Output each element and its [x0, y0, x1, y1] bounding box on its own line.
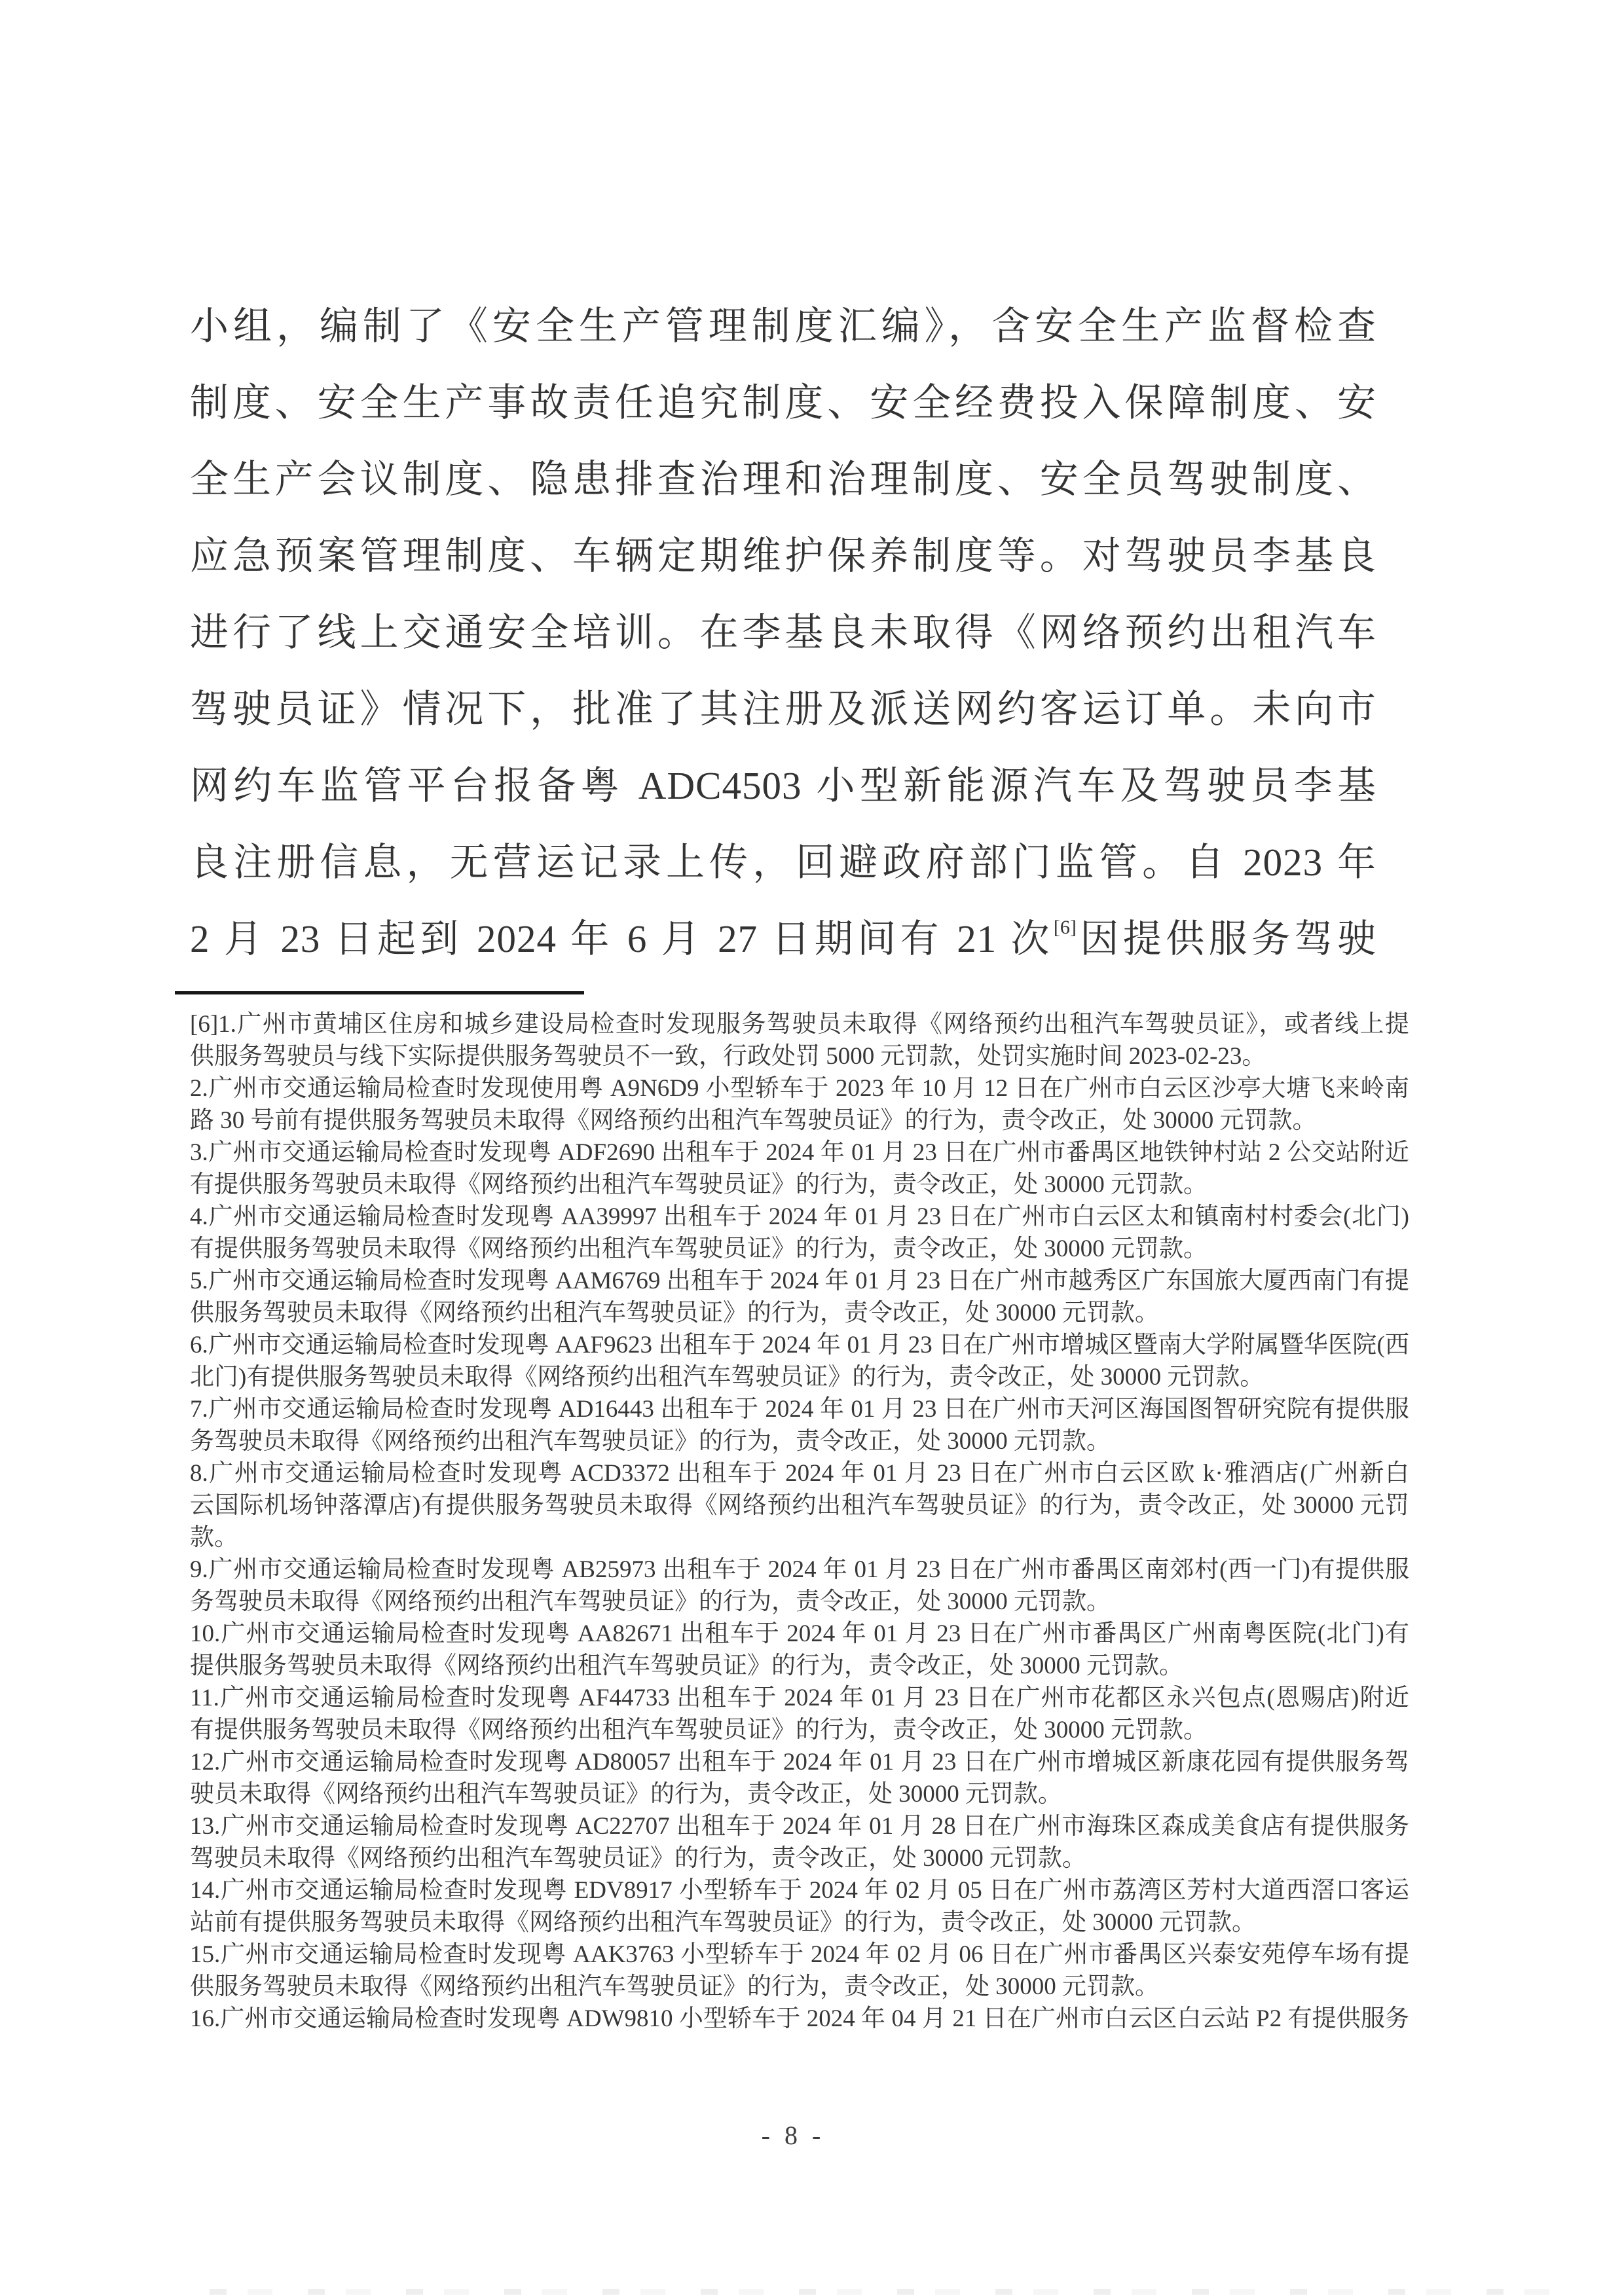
footnote-text-line: 11.广州市交通运输局检查时发现粤 AF44733 出租车于 2024 年 01…: [190, 1682, 1409, 1714]
body-line-pre: 全生产会议制度、隐患排查治理和治理制度、安全员驾驶制度、: [190, 458, 1376, 501]
footnote-text-line: 驾驶员未取得《网络预约出租汽车驾驶员证》的行为，责令改正，处 30000 元罚款…: [190, 1842, 1409, 1874]
footnote-text-line: 13.广州市交通运输局检查时发现粤 AC22707 出租车于 2024 年 01…: [190, 1810, 1409, 1842]
body-text-line: 良注册信息，无营运记录上传，回避政府部门监管。自 2023 年: [190, 824, 1376, 901]
footnote-text-line: 15.广州市交通运输局检查时发现粤 AAK3763 小型轿车于 2024 年 0…: [190, 1939, 1409, 1971]
footnote-text-line: 北门)有提供服务驾驶员未取得《网络预约出租汽车驾驶员证》的行为，责令改正，处 3…: [190, 1361, 1409, 1393]
body-line-pre: 小组，编制了《安全生产管理制度汇编》，含安全生产监督检查: [190, 304, 1376, 348]
footnote-text-line: 6.广州市交通运输局检查时发现粤 AAF9623 出租车于 2024 年 01 …: [190, 1329, 1409, 1361]
body-text-line: 进行了线上交通安全培训。在李基良未取得《网络预约出租汽车: [190, 594, 1376, 671]
body-line-post: 因提供服务驾驶: [1077, 917, 1376, 960]
footnote-text-line: 路 30 号前有提供服务驾驶员未取得《网络预约出租汽车驾驶员证》的行为，责令改正…: [190, 1104, 1409, 1137]
footnote-text-line: 9.广州市交通运输局检查时发现粤 AB25973 出租车于 2024 年 01 …: [190, 1554, 1409, 1586]
body-text-line: 制度、安全生产事故责任追究制度、安全经费投入保障制度、安: [190, 365, 1376, 441]
body-text-line: 2 月 23 日起到 2024 年 6 月 27 日期间有 21 次[6]因提供…: [190, 901, 1376, 977]
document-page: 小组，编制了《安全生产管理制度汇编》，含安全生产监督检查 制度、安全生产事故责任…: [0, 0, 1624, 2296]
footnote-text-line: 14.广州市交通运输局检查时发现粤 EDV8917 小型轿车于 2024 年 0…: [190, 1874, 1409, 1906]
body-line-pre: 2 月 23 日起到 2024 年 6 月 27 日期间有 21 次: [190, 917, 1054, 960]
body-line-pre: 制度、安全生产事故责任追究制度、安全经费投入保障制度、安: [190, 381, 1376, 424]
body-text-line: 应急预案管理制度、车辆定期维护保养制度等。对驾驶员李基良: [190, 518, 1376, 594]
body-line-pre: 网约车监管平台报备粤 ADC4503 小型新能源汽车及驾驶员李基: [190, 764, 1376, 807]
footnotes-section: [6]1.广州市黄埔区住房和城乡建设局检查时发现服务驾驶员未取得《网络预约出租汽…: [190, 1008, 1409, 2035]
body-line-pre: 良注册信息，无营运记录上传，回避政府部门监管。自 2023 年: [190, 841, 1376, 884]
footnote-text-line: 款。: [190, 1522, 1409, 1554]
footnote-text-line: 务驾驶员未取得《网络预约出租汽车驾驶员证》的行为，责令改正，处 30000 元罚…: [190, 1425, 1409, 1457]
footnote-text-line: 供服务驾驶员与线下实际提供服务驾驶员不一致，行政处罚 5000 元罚款，处罚实施…: [190, 1040, 1409, 1072]
body-paragraph: 小组，编制了《安全生产管理制度汇编》，含安全生产监督检查 制度、安全生产事故责任…: [190, 288, 1376, 977]
scan-artifact-strip: [210, 2289, 1585, 2295]
footnote-text-line: 供服务驾驶员未取得《网络预约出租汽车驾驶员证》的行为，责令改正，处 30000 …: [190, 1971, 1409, 2003]
body-line-pre: 驾驶员证》情况下，批准了其注册及派送网约客运订单。未向市: [190, 687, 1376, 731]
footnote-text-line: 云国际机场钟落潭店)有提供服务驾驶员未取得《网络预约出租汽车驾驶员证》的行为，责…: [190, 1489, 1409, 1522]
footnote-text-line: 5.广州市交通运输局检查时发现粤 AAM6769 出租车于 2024 年 01 …: [190, 1265, 1409, 1297]
footnote-text-line: 8.广州市交通运输局检查时发现粤 ACD3372 出租车于 2024 年 01 …: [190, 1457, 1409, 1489]
footnote-text-line: 提供服务驾驶员未取得《网络预约出租汽车驾驶员证》的行为，责令改正，处 30000…: [190, 1650, 1409, 1682]
body-text-line: 网约车监管平台报备粤 ADC4503 小型新能源汽车及驾驶员李基: [190, 748, 1376, 824]
body-line-pre: 进行了线上交通安全培训。在李基良未取得《网络预约出租汽车: [190, 611, 1376, 654]
footnote-text-line: 有提供服务驾驶员未取得《网络预约出租汽车驾驶员证》的行为，责令改正，处 3000…: [190, 1169, 1409, 1201]
footnote-text-line: 务驾驶员未取得《网络预约出租汽车驾驶员证》的行为，责令改正，处 30000 元罚…: [190, 1586, 1409, 1618]
body-text-line: 全生产会议制度、隐患排查治理和治理制度、安全员驾驶制度、: [190, 441, 1376, 518]
page-number: - 8 -: [0, 2120, 1586, 2151]
footnote-text-line: 有提供服务驾驶员未取得《网络预约出租汽车驾驶员证》的行为，责令改正，处 3000…: [190, 1233, 1409, 1265]
body-line-pre: 应急预案管理制度、车辆定期维护保养制度等。对驾驶员李基良: [190, 534, 1376, 577]
footnote-text-line: 7.广州市交通运输局检查时发现粤 AD16443 出租车于 2024 年 01 …: [190, 1393, 1409, 1425]
footnote-text-line: 驶员未取得《网络预约出租汽车驾驶员证》的行为，责令改正，处 30000 元罚款。: [190, 1778, 1409, 1810]
footnote-reference-superscript: [6]: [1054, 917, 1077, 938]
footnote-text-line: [6]1.广州市黄埔区住房和城乡建设局检查时发现服务驾驶员未取得《网络预约出租汽…: [190, 1008, 1409, 1040]
footnote-text-line: 2.广州市交通运输局检查时发现使用粤 A9N6D9 小型轿车于 2023 年 1…: [190, 1072, 1409, 1104]
footnote-text-line: 4.广州市交通运输局检查时发现粤 AA39997 出租车于 2024 年 01 …: [190, 1201, 1409, 1233]
footnote-separator-rule: [175, 991, 584, 994]
footnote-text-line: 3.广州市交通运输局检查时发现粤 ADF2690 出租车于 2024 年 01 …: [190, 1137, 1409, 1169]
body-text-line: 驾驶员证》情况下，批准了其注册及派送网约客运订单。未向市: [190, 671, 1376, 748]
footnote-text-line: 有提供服务驾驶员未取得《网络预约出租汽车驾驶员证》的行为，责令改正，处 3000…: [190, 1714, 1409, 1746]
footnote-text-line: 站前有提供服务驾驶员未取得《网络预约出租汽车驾驶员证》的行为，责令改正，处 30…: [190, 1906, 1409, 1939]
body-text-line: 小组，编制了《安全生产管理制度汇编》，含安全生产监督检查: [190, 288, 1376, 365]
footnote-text-line: 16.广州市交通运输局检查时发现粤 ADW9810 小型轿车于 2024 年 0…: [190, 2003, 1409, 2035]
footnote-text-line: 供服务驾驶员未取得《网络预约出租汽车驾驶员证》的行为，责令改正，处 30000 …: [190, 1297, 1409, 1329]
footnote-text-line: 10.广州市交通运输局检查时发现粤 AA82671 出租车于 2024 年 01…: [190, 1618, 1409, 1650]
footnote-text-line: 12.广州市交通运输局检查时发现粤 AD80057 出租车于 2024 年 01…: [190, 1746, 1409, 1778]
